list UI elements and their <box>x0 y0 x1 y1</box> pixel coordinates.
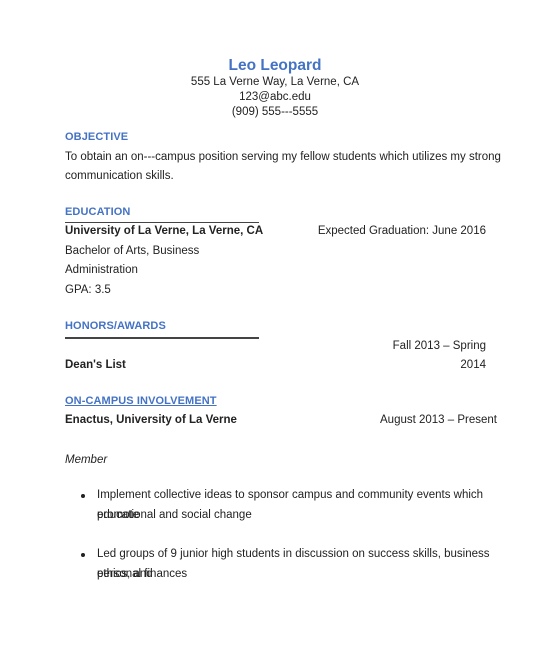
involvement-bullet-2-line2: personal finances <box>97 564 517 584</box>
education-gpa: GPA: 3.5 <box>65 284 111 296</box>
education-school: University of La Verne, La Verne, CA <box>65 225 263 237</box>
phone: (909) 555---5555 <box>0 106 550 118</box>
email: 123@abc.edu <box>0 91 550 103</box>
objective-text-line1: To obtain an on---campus position servin… <box>65 151 501 163</box>
address: 555 La Verne Way, La Verne, CA <box>0 76 550 88</box>
involvement-bullet-1-line2: educational and social change <box>97 505 517 525</box>
objective-heading: OBJECTIVE <box>65 131 128 143</box>
education-graduation: Expected Graduation: June 2016 <box>318 225 486 237</box>
education-divider <box>65 222 259 223</box>
education-degree-line2: Administration <box>65 264 138 276</box>
education-degree-line1: Bachelor of Arts, Business <box>65 245 199 257</box>
honors-date-line1: Fall 2013 – Spring <box>393 340 486 352</box>
involvement-dates: August 2013 – Present <box>380 414 497 426</box>
involvement-organization: Enactus, University of La Verne <box>65 414 237 426</box>
education-heading: EDUCATION <box>65 206 130 218</box>
bullet-icon <box>81 494 85 498</box>
involvement-heading-link[interactable]: ON-CAMPUS INVOLVEMENT <box>65 395 217 407</box>
honors-divider <box>65 337 259 339</box>
involvement-role: Member <box>65 454 107 466</box>
bullet-icon <box>81 553 85 557</box>
honors-award: Dean's List <box>65 359 126 371</box>
honors-heading: HONORS/AWARDS <box>65 320 166 332</box>
applicant-name: Leo Leopard <box>0 57 550 75</box>
objective-text-line2: communication skills. <box>65 170 174 182</box>
honors-date-line2: 2014 <box>460 359 486 371</box>
